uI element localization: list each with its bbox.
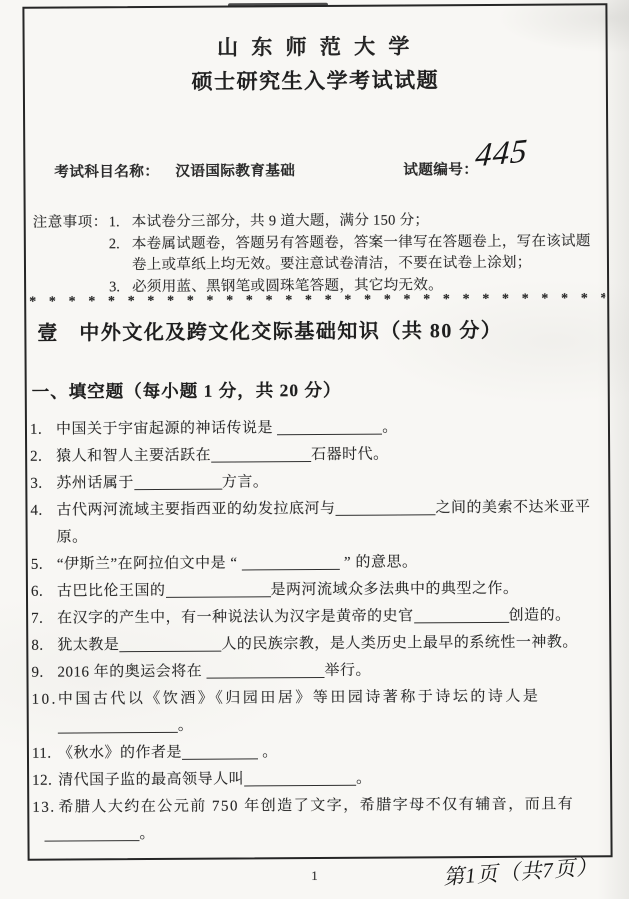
question-text: 方言。: [222, 474, 269, 490]
answer-blank: [206, 663, 324, 679]
question-item: 3.苏州话属于方言。: [30, 467, 604, 498]
question-line: 10.中国古代以《饮酒》《归园田居》等田园诗著称于诗坛的诗人是: [32, 683, 606, 714]
subject-label: 考试科目名称：: [54, 160, 159, 182]
question-line: 9.2016 年的奥运会将在 举行。: [31, 656, 605, 687]
answer-blank: [277, 420, 382, 436]
question-line: 8.犹太教是人的民族宗教，是人类历史上最早的系统性一神教。: [31, 629, 605, 660]
question-text: 古巴比伦王国的: [57, 583, 166, 600]
answer-blank: [44, 826, 139, 842]
part-one-title: 中外文化及跨文化交际基础知识（共 80 分）: [79, 320, 502, 345]
notice-item-number: 2.: [109, 234, 132, 277]
question-number: 5.: [31, 552, 57, 579]
question-line: 2.猿人和智人主要活跃在石器时代。: [30, 440, 604, 471]
question-item: 6.古巴比伦王国的是两河流域众多法典中的典型之作。: [31, 575, 605, 606]
answer-blank: [134, 475, 222, 491]
answer-blank: [58, 718, 178, 734]
question-number: 1.: [30, 417, 56, 444]
question-number: 6.: [31, 579, 57, 606]
subject-row: 考试科目名称： 汉语国际教育基础 试题编号： 445: [25, 151, 606, 199]
question-list: 1.中国关于宇宙起源的神话传说是 。2.猿人和智人主要活跃在石器时代。3.苏州话…: [30, 413, 607, 848]
answer-blank: [119, 637, 221, 653]
question-line: 7.在汉字的产生中，有一种说法认为汉字是黄帝的史官创造的。: [31, 602, 605, 633]
question-text: 。: [258, 744, 278, 760]
question-text: 是两河流域众多法典中的典型之作。: [270, 581, 518, 599]
paper-number-label: 试题编号：: [403, 158, 478, 179]
section-one-heading: 一、填空题（每小题 1 分，共 20 分）: [32, 375, 604, 403]
question-line: 13.希腊人大约在公元前 750 年创造了文字，希腊字母不仅有辅音，而且有: [32, 791, 606, 822]
notice-item-text: 本试卷分三部分，共 9 道大题，满分 150 分；: [132, 209, 603, 233]
question-text: 猿人和智人主要活跃在: [56, 448, 211, 465]
question-number: 11.: [32, 741, 58, 768]
answer-blank: [211, 447, 311, 463]
question-text: 举行。: [324, 663, 371, 679]
question-text: 。: [356, 771, 372, 787]
question-item: 1.中国关于宇宙起源的神话传说是 。: [30, 413, 604, 444]
question-text: 创造的。: [509, 607, 571, 623]
question-number: 4.: [30, 498, 56, 525]
question-text: 犹太教是: [57, 637, 119, 653]
answer-blank: [182, 744, 258, 759]
question-text: 2016 年的奥运会将在: [57, 664, 206, 681]
answer-blank: [242, 555, 340, 571]
question-item: 4.古代两河流域主要指西亚的幼发拉底河与之间的美索不达米亚平原。: [30, 494, 604, 552]
question-number: 3.: [30, 471, 56, 498]
question-item: 8.犹太教是人的民族宗教，是人类历史上最早的系统性一神教。: [31, 629, 605, 660]
question-line: 11.《秋水》的作者是 。: [32, 737, 606, 768]
university-name: 山 东 师 范 大 学: [25, 29, 606, 63]
question-item: 7.在汉字的产生中，有一种说法认为汉字是黄帝的史官创造的。: [31, 602, 605, 633]
answer-blank: [414, 608, 509, 624]
asterisk-separator: * * * * * * * * * * * * * * * * * * * * …: [29, 291, 605, 311]
question-text: 在汉字的产生中，有一种说法认为汉字是黄帝的史官: [57, 608, 414, 626]
notice-item: 2. 本卷属试题卷，答题另有答题卷，答案一律写在答题卷上，写在该试题卷上或草纸上…: [109, 231, 603, 277]
question-text: 原。: [57, 529, 88, 545]
question-text: 。: [139, 826, 156, 842]
question-text: 希腊人大约在公元前 750 年创造了文字，希腊字母不仅有辅音，而且有: [58, 796, 574, 815]
question-item: 12.清代国子监的最高领导人叫。: [32, 764, 606, 795]
question-number: 7.: [31, 606, 57, 633]
notice-item-number: 1.: [109, 212, 132, 234]
question-text: 《秋水》的作者是: [58, 745, 182, 762]
question-number: 13.: [32, 795, 58, 822]
question-number: 8.: [31, 633, 57, 660]
question-item: 13.希腊人大约在公元前 750 年创造了文字，希腊字母不仅有辅音，而且有。: [32, 791, 606, 849]
part-one-label: 壹: [37, 317, 57, 346]
answer-blank: [335, 500, 435, 516]
exam-border-frame: 山 东 师 范 大 学 硕士研究生入学考试试题 考试科目名称： 汉语国际教育基础…: [22, 3, 612, 861]
questions-section: 一、填空题（每小题 1 分，共 20 分） 1.中国关于宇宙起源的神话传说是 。…: [30, 375, 607, 848]
part-one-heading: 壹中外文化及跨文化交际基础知识（共 80 分）: [37, 314, 502, 346]
answer-blank: [244, 771, 356, 787]
question-text: 人的民族宗教，是人类历史上最早的系统性一神教。: [221, 634, 578, 652]
question-text: 中国古代以《饮酒》《归园田居》等田园诗著称于诗坛的诗人是: [58, 689, 541, 708]
scanned-exam-page: 山 东 师 范 大 学 硕士研究生入学考试试题 考试科目名称： 汉语国际教育基础…: [0, 0, 629, 899]
question-item: 5.“伊斯兰”在阿拉伯文中是 “ ” 的意思。: [31, 548, 605, 579]
answer-blank: [165, 582, 270, 598]
question-line: 4.古代两河流域主要指西亚的幼发拉底河与之间的美索不达米亚平: [30, 494, 604, 525]
question-text: “伊斯兰”在阿拉伯文中是 “: [57, 555, 242, 572]
question-item: 10.中国古代以《饮酒》《归园田居》等田园诗著称于诗坛的诗人是。: [32, 683, 606, 741]
question-line: 1.中国关于宇宙起源的神话传说是 。: [30, 413, 604, 444]
question-item: 9.2016 年的奥运会将在 举行。: [31, 656, 605, 687]
notice-item: 1. 本试卷分三部分，共 9 道大题，满分 150 分；: [109, 209, 603, 234]
question-text: 石器时代。: [311, 447, 389, 463]
notice-item-text: 本卷属试题卷，答题另有答题卷，答案一律写在答题卷上，写在该试题卷上或草纸上均无效…: [132, 231, 603, 277]
notice-section: 注意事项： 1. 本试卷分三部分，共 9 道大题，满分 150 分； 2. 本卷…: [33, 209, 604, 298]
question-number: 10.: [32, 687, 58, 714]
subject-value: 汉语国际教育基础: [175, 159, 295, 181]
question-number: 12.: [32, 768, 58, 795]
question-line: 。: [44, 818, 606, 848]
question-line: 6.古巴比伦王国的是两河流域众多法典中的典型之作。: [31, 575, 605, 606]
question-line: 。: [58, 710, 606, 740]
question-text: 。: [178, 718, 196, 734]
notice-items: 1. 本试卷分三部分，共 9 道大题，满分 150 分； 2. 本卷属试题卷，答…: [109, 209, 604, 298]
question-line: 12.清代国子监的最高领导人叫。: [32, 764, 606, 795]
question-text: 清代国子监的最高领导人叫: [58, 771, 244, 788]
question-text: 古代两河流域主要指西亚的幼发拉底河与: [56, 501, 335, 519]
paper-number-handwritten: 445: [474, 133, 529, 175]
question-text: ” 的意思。: [340, 554, 418, 570]
question-text: 。: [382, 420, 398, 436]
question-text: 中国关于宇宙起源的神话传说是: [56, 420, 277, 437]
question-line: 3.苏州话属于方言。: [30, 467, 604, 498]
question-line: 5.“伊斯兰”在阿拉伯文中是 “ ” 的意思。: [31, 548, 605, 579]
question-item: 2.猿人和智人主要活跃在石器时代。: [30, 440, 604, 471]
question-number: 9.: [31, 660, 57, 687]
question-item: 11.《秋水》的作者是 。: [32, 737, 606, 768]
question-text: 之间的美索不达米亚平: [435, 499, 590, 516]
question-text: 苏州话属于: [56, 475, 134, 491]
notice-label: 注意事项：: [33, 212, 110, 298]
question-line: 原。: [57, 521, 605, 551]
question-number: 2.: [30, 444, 56, 471]
exam-title: 硕士研究生入学考试试题: [25, 63, 606, 97]
